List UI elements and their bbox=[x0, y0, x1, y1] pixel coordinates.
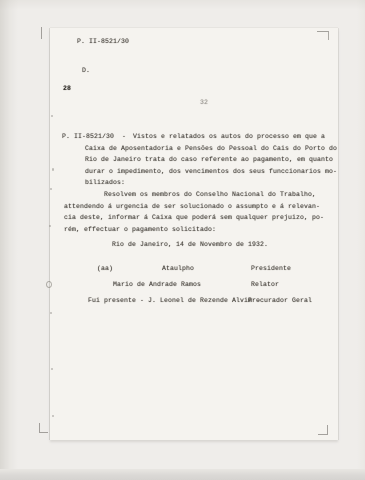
scanned-document-page: P. II-8521/30 D. 28 32 P. II-8521/30 - V… bbox=[0, 0, 365, 480]
scan-edge-strip bbox=[0, 469, 365, 480]
document-line: bilizados: bbox=[85, 179, 125, 187]
process-number: P. II-8521/30 bbox=[77, 38, 129, 46]
document-line: Resolvem os membros do Conselho Nacional… bbox=[104, 191, 316, 199]
doc-letter: D. bbox=[82, 67, 90, 75]
document-line: cia deste, informar á Caixa que poderá s… bbox=[64, 214, 324, 222]
signature-role: Procurador Geral bbox=[248, 297, 312, 305]
signature-role: Relator bbox=[251, 281, 279, 289]
ementa-label: P. II-8521/30 - bbox=[62, 133, 126, 141]
signature-role: Presidente bbox=[251, 265, 291, 273]
document-line: durar o impedimento, dos vencimentos dos… bbox=[85, 168, 337, 176]
signature-prefix-and-name: Fui presente - J. Leonel de Rezende Alvi… bbox=[88, 297, 260, 305]
page-number: 32 bbox=[200, 99, 208, 107]
signature-name: Ataulpho bbox=[162, 265, 194, 273]
document-line: rém, effectuar o pagamento solicitado: bbox=[64, 226, 216, 234]
signature-prefix: Fui presente - bbox=[88, 297, 144, 304]
typewritten-text-layer: P. II-8521/30 D. 28 32 P. II-8521/30 - V… bbox=[0, 0, 365, 480]
document-line: attendendo á urgencia de ser solucionado… bbox=[64, 203, 320, 211]
date-line: Rio de Janeiro, 14 de Novembro de 1932. bbox=[112, 241, 268, 249]
document-line: Vistos e relatados os autos do processo … bbox=[133, 133, 325, 141]
signature-prefix: (aa) bbox=[97, 265, 113, 273]
document-line: Caixa de Aposentadoria e Pensões do Pess… bbox=[85, 145, 337, 153]
document-line: Rio de Janeiro trata do caso referente a… bbox=[85, 156, 333, 164]
signature-name: J. Leonel de Rezende Alvim - bbox=[148, 297, 260, 304]
signature-name: Mario de Andrade Ramos bbox=[113, 281, 201, 289]
sheet-number: 28 bbox=[63, 85, 71, 93]
